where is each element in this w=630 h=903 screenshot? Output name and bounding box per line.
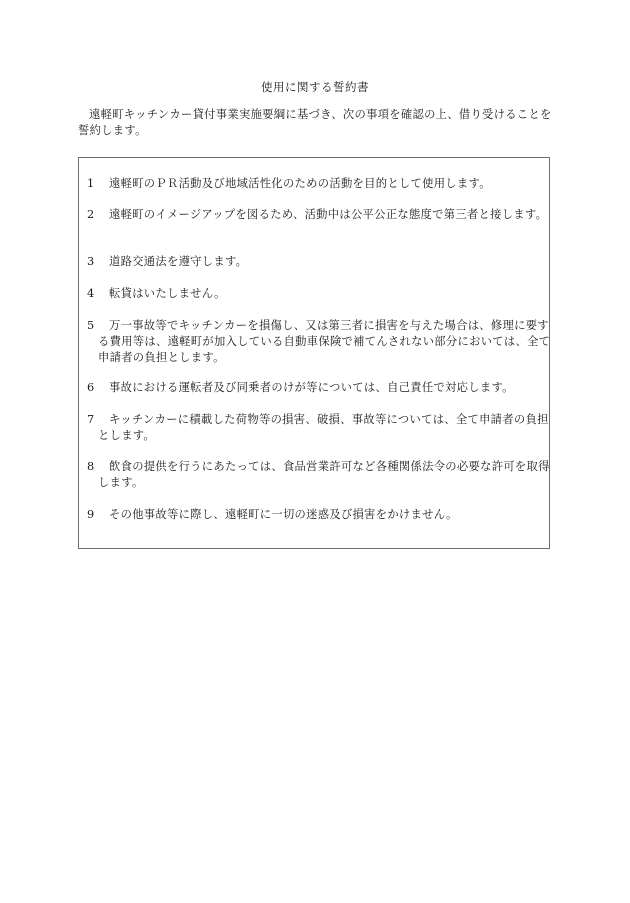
pledge-item-6: 6事故における運転者及び同乗者のけが等については、自己責任で対応します。 bbox=[87, 380, 556, 396]
pledge-item-3: 3道路交通法を遵守します。 bbox=[87, 254, 556, 270]
item-text: 飲食の提供を行うにあたっては、食品営業許可など各種関係法令の必要な許可を取得しま… bbox=[98, 460, 550, 489]
pledge-item-7: 7キッチンカーに積載した荷物等の損害、破損、事故等については、全て申請者の負担と… bbox=[87, 412, 556, 444]
item-number: 3 bbox=[87, 254, 109, 270]
pledge-items-box: 1遠軽町のＰＲ活動及び地域活性化のための活動を目的として使用します。 2遠軽町の… bbox=[78, 157, 550, 549]
item-text: 転貸はいたしません。 bbox=[109, 287, 226, 300]
document-title: 使用に関する誓約書 bbox=[0, 79, 630, 95]
pledge-item-5: 5万一事故等でキッチンカーを損傷し、又は第三者に損害を与えた場合は、修理に要する… bbox=[87, 318, 556, 366]
pledge-item-2: 2遠軽町のイメージアップを図るため、活動中は公平公正な態度で第三者と接します。 bbox=[87, 207, 556, 223]
item-text: 事故における運転者及び同乗者のけが等については、自己責任で対応します。 bbox=[109, 381, 514, 394]
item-text: 道路交通法を遵守します。 bbox=[109, 255, 247, 268]
item-number: 4 bbox=[87, 286, 109, 302]
pledge-item-4: 4転貸はいたしません。 bbox=[87, 286, 556, 302]
item-number: 2 bbox=[87, 207, 109, 223]
item-number: 5 bbox=[87, 318, 109, 334]
item-text: その他事故等に際し、遠軽町に一切の迷惑及び損害をかけません。 bbox=[109, 508, 458, 521]
item-number: 6 bbox=[87, 380, 109, 396]
pledge-item-9: 9その他事故等に際し、遠軽町に一切の迷惑及び損害をかけません。 bbox=[87, 507, 556, 523]
item-number: 8 bbox=[87, 459, 109, 475]
item-text: 万一事故等でキッチンカーを損傷し、又は第三者に損害を与えた場合は、修理に要する費… bbox=[98, 319, 550, 364]
item-text: 遠軽町のイメージアップを図るため、活動中は公平公正な態度で第三者と接します。 bbox=[109, 208, 547, 221]
intro-paragraph: 遠軽町キッチンカー貸付事業実施要綱に基づき、次の事項を確認の上、借り受けることを… bbox=[78, 107, 554, 139]
item-number: 7 bbox=[87, 412, 109, 428]
item-text: キッチンカーに積載した荷物等の損害、破損、事故等については、全て申請者の負担とし… bbox=[98, 413, 549, 442]
item-text: 遠軽町のＰＲ活動及び地域活性化のための活動を目的として使用します。 bbox=[109, 177, 491, 190]
pledge-item-8: 8飲食の提供を行うにあたっては、食品営業許可など各種関係法令の必要な許可を取得し… bbox=[87, 459, 556, 491]
item-number: 1 bbox=[87, 176, 109, 192]
pledge-item-1: 1遠軽町のＰＲ活動及び地域活性化のための活動を目的として使用します。 bbox=[87, 176, 556, 192]
item-number: 9 bbox=[87, 507, 109, 523]
